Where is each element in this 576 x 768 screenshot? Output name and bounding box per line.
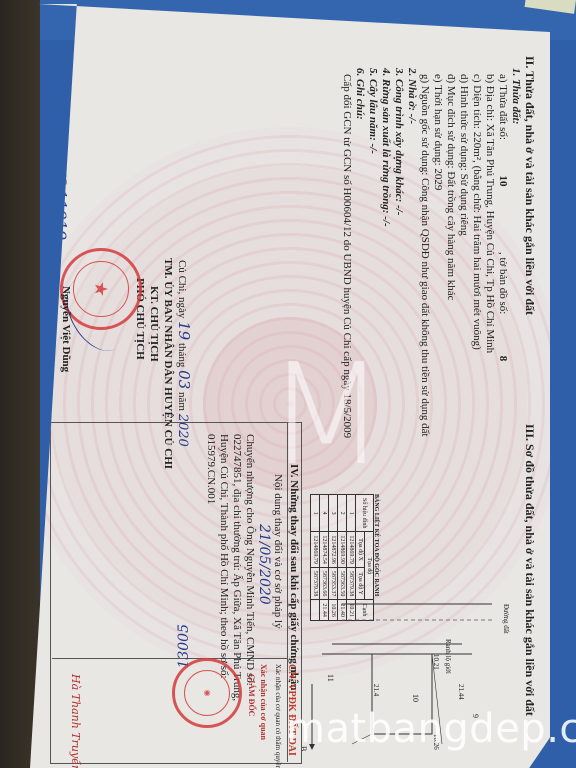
notes: 6. Ghi chú: xyxy=(353,68,366,120)
section-iii-title: III. Sơ đồ thửa đất, nhà ở và tài sản kh… xyxy=(523,424,536,716)
parcel-row: a) Thửa đất số: 10 , tờ bản đồ số: 8 xyxy=(496,74,509,361)
table-surface xyxy=(0,0,40,768)
perennial: 5. Cây lâu năm: -/- xyxy=(366,68,379,154)
col-confirm-header: Xác nhận của cơ quan có thẩm quyền xyxy=(271,664,284,768)
land-certificate-page: II. Thửa đất, nhà ở và tài sản khác gắn … xyxy=(30,4,550,768)
section-iv-title: IV. Những thay đổi sau khi cấp giấy chứn… xyxy=(287,464,300,690)
office-stamp: ◉ xyxy=(172,658,242,728)
map-sheet-label: , tờ bản đồ số: xyxy=(497,252,509,314)
section-ii-title: II. Thửa đất, nhà ở và tài sản khác gắn … xyxy=(523,56,536,315)
office-sub: Xác nhận của cơ quan xyxy=(257,664,270,740)
signing-date: Củ Chi, ngày 19 tháng 03 năm 2020 xyxy=(175,260,190,447)
edge-left: 21.4 xyxy=(369,684,382,696)
office-signer: Hà Thanh Truyền xyxy=(69,674,82,768)
road-label: Đường đất xyxy=(499,604,512,634)
kt-chairman: KT. CHỦ TỊCH xyxy=(147,286,160,362)
usage-term: e) Thời hạn sử dụng: 2029 xyxy=(431,74,444,190)
area: c) Diện tích: 220m², (bằng chữ: Hai trăm… xyxy=(470,74,483,350)
forest: 4. Rừng sản xuất là rừng trồng: -/- xyxy=(379,68,392,227)
watermark-letter: M xyxy=(266,334,387,497)
signer-name: Nguyễn Việt Dũng xyxy=(59,286,72,372)
parcel-label-map: 10 xyxy=(409,694,422,702)
change-date: 21/05/2020 xyxy=(256,524,272,605)
construction: 3. Công trình xây dựng khác: -/- xyxy=(392,68,405,215)
edge-right: 21.44 xyxy=(454,684,467,700)
origin: g) Nguồn gốc sử dụng: Công nhận QSDĐ như… xyxy=(418,74,431,437)
parcel-number: 10 xyxy=(497,175,509,186)
land-heading: 1. Thửa đất: xyxy=(509,68,522,124)
edge-top: 10.21 xyxy=(429,654,442,670)
map-sheet-number: 8 xyxy=(497,356,509,362)
signing-month: 03 xyxy=(175,370,193,389)
usage-purpose: đ) Mục đích sử dụng: Đất trồng cây hàng … xyxy=(444,74,457,301)
parcel-label: a) Thửa đất số: xyxy=(497,74,509,140)
col-content-header: Nội dung thay đổi và cơ sở pháp lý xyxy=(271,474,284,629)
usage-form: d) Hình thức sử dụng: Sử dụng riêng xyxy=(457,74,470,236)
register-label: Số vào sổ cấp GCN: xyxy=(53,52,66,142)
signing-day: 19 xyxy=(175,321,193,340)
stamp-seal-icon: ◉ xyxy=(184,670,231,717)
site-watermark: matbangdep.com xyxy=(286,706,576,752)
boundary-label: Ranh lộ giới xyxy=(441,639,454,674)
house: 2. Nhà ở: -/- xyxy=(405,68,418,124)
office-role: GIÁM ĐỐC xyxy=(245,674,258,716)
address: b) Địa chỉ: Xã Tân Phú Trung, Huyện Củ C… xyxy=(483,74,496,353)
register-number: CH 11919 xyxy=(51,158,70,240)
neighbor-11: 11 xyxy=(324,674,337,682)
